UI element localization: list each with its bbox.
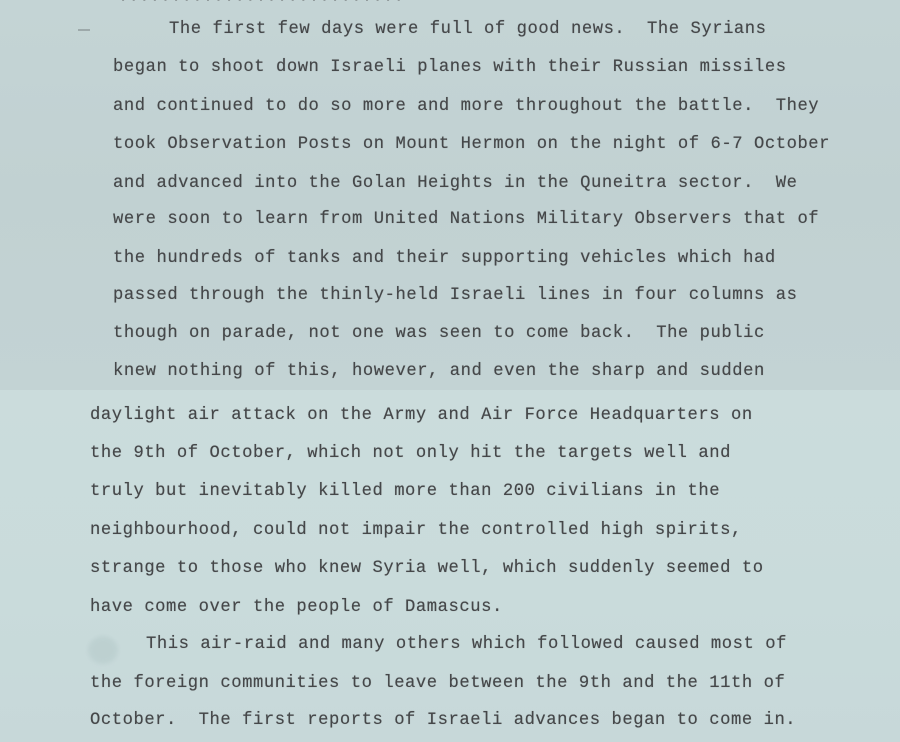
- text-line: passed through the thinly-held Israeli l…: [113, 286, 797, 306]
- text-line: the hundreds of tanks and their supporti…: [113, 249, 776, 269]
- text-line: and advanced into the Golan Heights in t…: [113, 174, 797, 194]
- text-line: The first few days were full of good new…: [169, 20, 767, 40]
- text-line: have come over the people of Damascus.: [90, 598, 503, 618]
- text-line: began to shoot down Israeli planes with …: [113, 58, 787, 78]
- text-line: were soon to learn from United Nations M…: [113, 210, 819, 230]
- text-line: truly but inevitably killed more than 20…: [90, 482, 720, 502]
- text-line: neighbourhood, could not impair the cont…: [90, 521, 742, 541]
- text-line: took Observation Posts on Mount Hermon o…: [113, 135, 830, 155]
- text-line: This air-raid and many others which foll…: [146, 635, 787, 655]
- text-line: the foreign communities to leave between…: [90, 674, 785, 694]
- text-line: the 9th of October, which not only hit t…: [90, 444, 731, 464]
- text-line: knew nothing of this, however, and even …: [113, 362, 765, 382]
- text-line: October. The first reports of Israeli ad…: [90, 711, 796, 731]
- margin-dash-mark: [78, 29, 90, 31]
- paper-smudge: [88, 636, 118, 664]
- text-line: daylight air attack on the Army and Air …: [90, 406, 753, 426]
- text-line: and continued to do so more and more thr…: [113, 97, 819, 117]
- text-line: strange to those who knew Syria well, wh…: [90, 559, 764, 579]
- cut-off-top-line: ...........................: [118, 0, 404, 7]
- text-line: though on parade, not one was seen to co…: [113, 324, 765, 344]
